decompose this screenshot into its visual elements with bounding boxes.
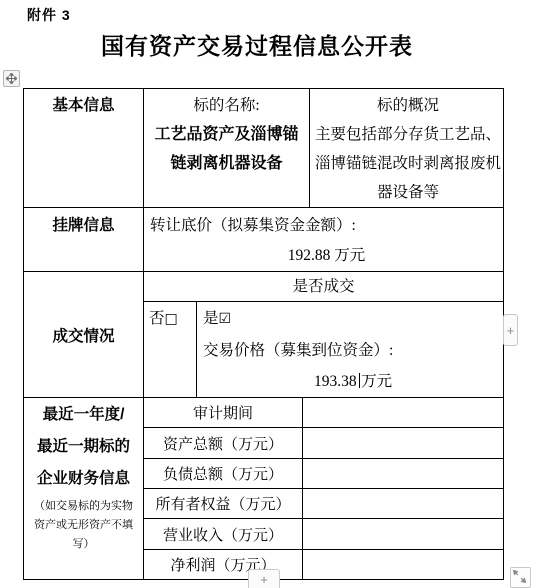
move-cross-icon bbox=[6, 73, 17, 84]
table-row: 基本信息 标的名称: 工艺品资产及淄博锚 链剥离机器设备 标的概况 主要包括部分… bbox=[24, 89, 504, 208]
financial-row-value[interactable] bbox=[303, 550, 504, 580]
financial-row-value[interactable] bbox=[303, 398, 504, 428]
section-label: 挂牌信息 bbox=[24, 208, 143, 241]
text-cursor-caret bbox=[359, 373, 361, 388]
deal-price-unit: 万元 bbox=[361, 373, 392, 390]
listing-info-label-cell: 挂牌信息 bbox=[24, 208, 144, 272]
financial-row-label: 审计期间 bbox=[144, 398, 303, 428]
yes-line: 是☑ bbox=[203, 303, 503, 335]
financial-row-value[interactable] bbox=[303, 519, 504, 550]
overview-line1: 主要包括部分存货工艺品、 bbox=[315, 120, 501, 149]
target-name-line2: 链剥离机器设备 bbox=[144, 149, 309, 178]
target-overview-cell[interactable]: 标的概况 主要包括部分存货工艺品、 淄博锚链混改时剥离报废机 器设备等 bbox=[310, 89, 504, 208]
diagonal-resize-icon bbox=[511, 568, 528, 585]
financial-note-line3: 写） bbox=[24, 535, 143, 554]
deal-yes-cell[interactable]: 是☑ 交易价格（募集到位资金）: 193.38万元 bbox=[197, 302, 504, 398]
basic-info-label-cell: 基本信息 bbox=[24, 89, 144, 208]
listing-price-cell[interactable]: 转让底价（拟募集资金金额）: 192.88 万元 bbox=[144, 208, 504, 272]
document-page: 附件 3 国有资产交易过程信息公开表 基本信息 bbox=[0, 0, 539, 588]
insert-row-button[interactable]: + bbox=[248, 569, 280, 588]
financial-label-line2: 最近一期标的 bbox=[24, 431, 143, 463]
table-row: 挂牌信息 转让底价（拟募集资金金额）: 192.88 万元 bbox=[24, 208, 504, 272]
financial-row-label: 营业收入（万元） bbox=[144, 519, 303, 550]
financial-row-value[interactable] bbox=[303, 489, 504, 519]
page-title: 国有资产交易过程信息公开表 bbox=[23, 28, 491, 61]
financial-note-line2: 资产或无形资产不填 bbox=[24, 516, 143, 535]
target-name-caption: 标的名称: bbox=[144, 91, 309, 120]
deal-question-cell[interactable]: 是否成交 bbox=[144, 272, 504, 302]
price-unit: 万元 bbox=[334, 247, 365, 264]
table-row: 成交情况 是否成交 bbox=[24, 272, 504, 302]
financial-label-line3: 企业财务信息 bbox=[24, 463, 143, 495]
financial-row-label: 资产总额（万元） bbox=[144, 428, 303, 459]
section-label: 成交情况 bbox=[24, 324, 143, 346]
financial-row-value[interactable] bbox=[303, 428, 504, 459]
overview-line3: 器设备等 bbox=[315, 178, 501, 207]
table-row: 最近一年度/ 最近一期标的 企业财务信息 （如交易标的为实物 资产或无形资产不填… bbox=[24, 398, 504, 428]
yes-option-label: 是 bbox=[203, 310, 219, 327]
target-name-line1: 工艺品资产及淄博锚 bbox=[144, 120, 309, 149]
yes-checkbox[interactable]: ☑ bbox=[219, 311, 232, 327]
overview-line2: 淄博锚链混改时剥离报废机 bbox=[315, 149, 501, 178]
financial-row-value[interactable] bbox=[303, 459, 504, 489]
no-checkbox[interactable]: □ bbox=[165, 311, 178, 327]
price-line: 192.88 万元 bbox=[150, 241, 503, 271]
financial-note-line1: （如交易标的为实物 bbox=[24, 497, 143, 516]
financial-info-label-cell: 最近一年度/ 最近一期标的 企业财务信息 （如交易标的为实物 资产或无形资产不填… bbox=[24, 398, 144, 580]
section-label: 基本信息 bbox=[24, 89, 143, 120]
financial-label-line1: 最近一年度/ bbox=[24, 399, 143, 431]
table-move-handle[interactable] bbox=[3, 70, 20, 87]
insert-column-button[interactable]: + bbox=[503, 314, 518, 346]
deal-price-line: 193.38万元 bbox=[203, 366, 503, 397]
price-value: 192.88 bbox=[288, 247, 331, 264]
deal-price-caption: 交易价格（募集到位资金）: bbox=[203, 335, 503, 366]
deal-question: 是否成交 bbox=[144, 273, 503, 301]
no-option-label: 否 bbox=[149, 310, 165, 327]
table-resize-handle[interactable] bbox=[510, 567, 531, 588]
overview-caption: 标的概况 bbox=[315, 91, 501, 120]
price-caption: 转让底价（拟募集资金金额）: bbox=[150, 211, 503, 241]
financial-row-label: 负债总额（万元） bbox=[144, 459, 303, 489]
deal-price-value: 193.38 bbox=[314, 373, 357, 390]
deal-no-cell[interactable]: 否□ bbox=[144, 302, 197, 398]
disclosure-table: 基本信息 标的名称: 工艺品资产及淄博锚 链剥离机器设备 标的概况 主要包括部分… bbox=[23, 88, 504, 580]
target-name-cell[interactable]: 标的名称: 工艺品资产及淄博锚 链剥离机器设备 bbox=[144, 89, 310, 208]
attachment-label: 附件 3 bbox=[27, 5, 71, 25]
financial-row-label: 所有者权益（万元） bbox=[144, 489, 303, 519]
deal-info-label-cell: 成交情况 bbox=[24, 272, 144, 398]
